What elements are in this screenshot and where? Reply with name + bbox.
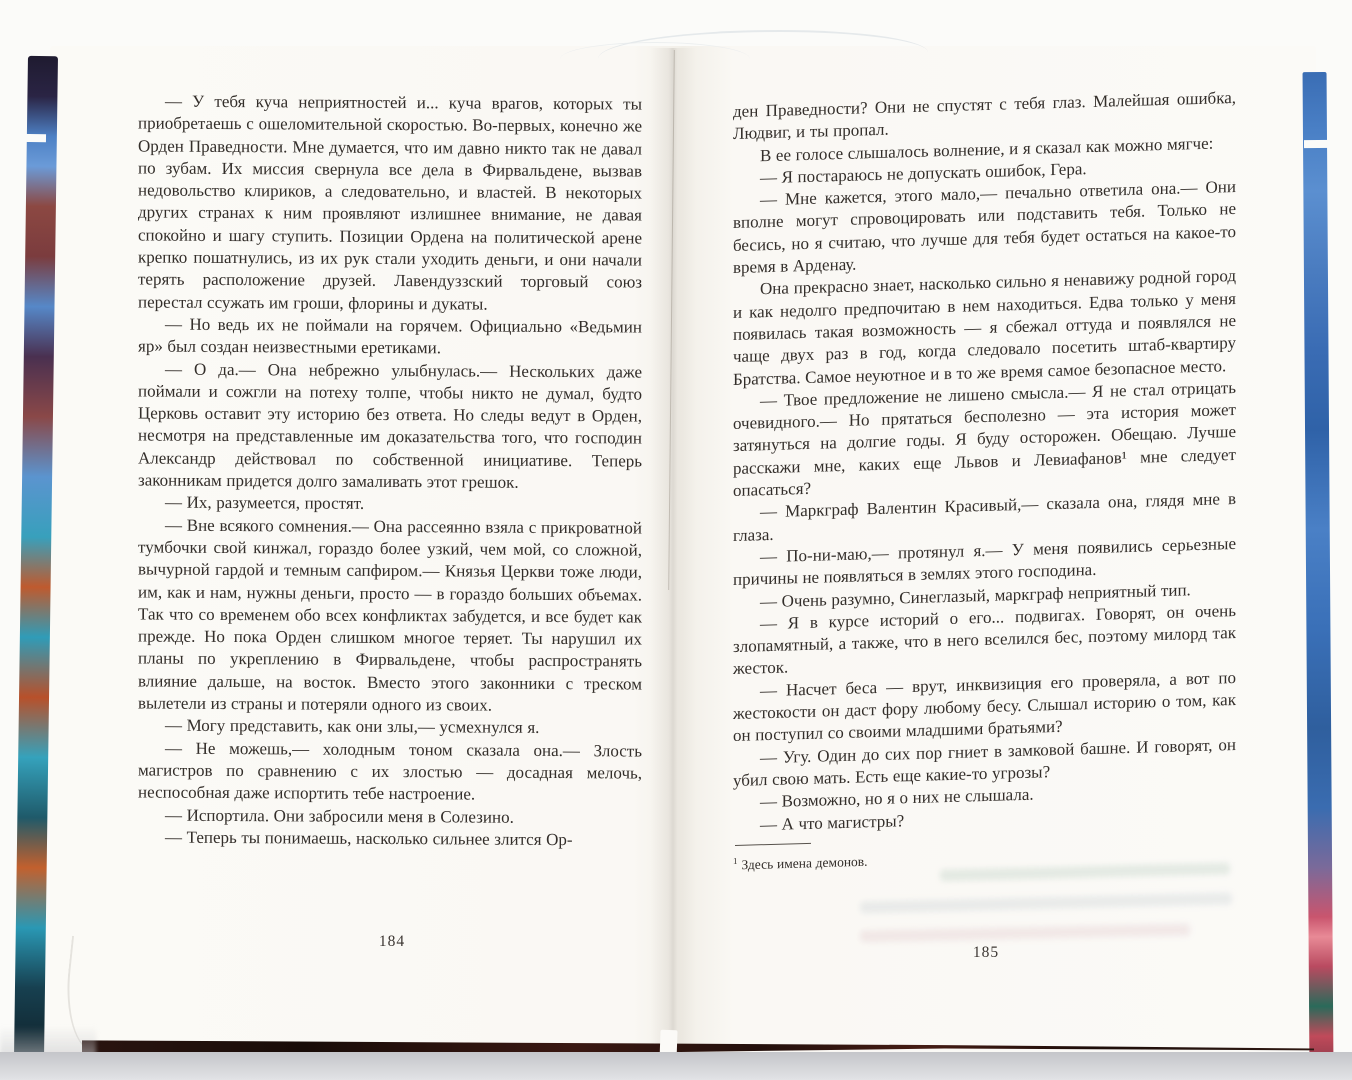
page-number-left: 184 — [352, 933, 432, 951]
paragraph: — Твое предложение не лишено смысла.— Я … — [733, 377, 1236, 503]
footnote-marker: 1 — [733, 856, 738, 866]
paragraph: — Могу представить, как они злы,— усмехн… — [138, 715, 642, 740]
footnote-separator — [735, 843, 811, 846]
paragraph: — Мне кажется, этого мало,— печально отв… — [733, 176, 1236, 279]
paragraph: — Вне всякого сомнения.— Она рассеянно в… — [138, 514, 642, 718]
right-page-text: ден Праведности? Они не спустят с тебя г… — [733, 87, 1236, 873]
page-number-right: 185 — [946, 944, 1026, 962]
cover-left-notch — [12, 134, 46, 142]
book-photo: — У тебя куча неприятностей и... куча вр… — [0, 0, 1352, 1080]
paragraph: — Но ведь их не поймали на горячем. Офиц… — [138, 313, 642, 361]
cover-right-notch — [1304, 140, 1332, 148]
paragraph: — Теперь ты понимаешь, насколько сильнее… — [138, 826, 642, 851]
paragraph: — Не можешь,— холодным тоном сказала она… — [138, 737, 642, 807]
table-shadow — [0, 1052, 1352, 1080]
left-page-text: — У тебя куча неприятностей и... куча вр… — [138, 90, 642, 851]
paragraph: — Их, разумеется, простят. — [138, 492, 642, 517]
paragraph: Она прекрасно знает, насколько сильно я … — [733, 265, 1236, 391]
paragraph: — О да.— Она небрежно улыбнулась.— Неско… — [138, 358, 642, 495]
paragraph: — Испортила. Они забросили меня в Солези… — [138, 804, 642, 829]
paragraph: — У тебя куча неприятностей и... куча вр… — [138, 90, 642, 316]
